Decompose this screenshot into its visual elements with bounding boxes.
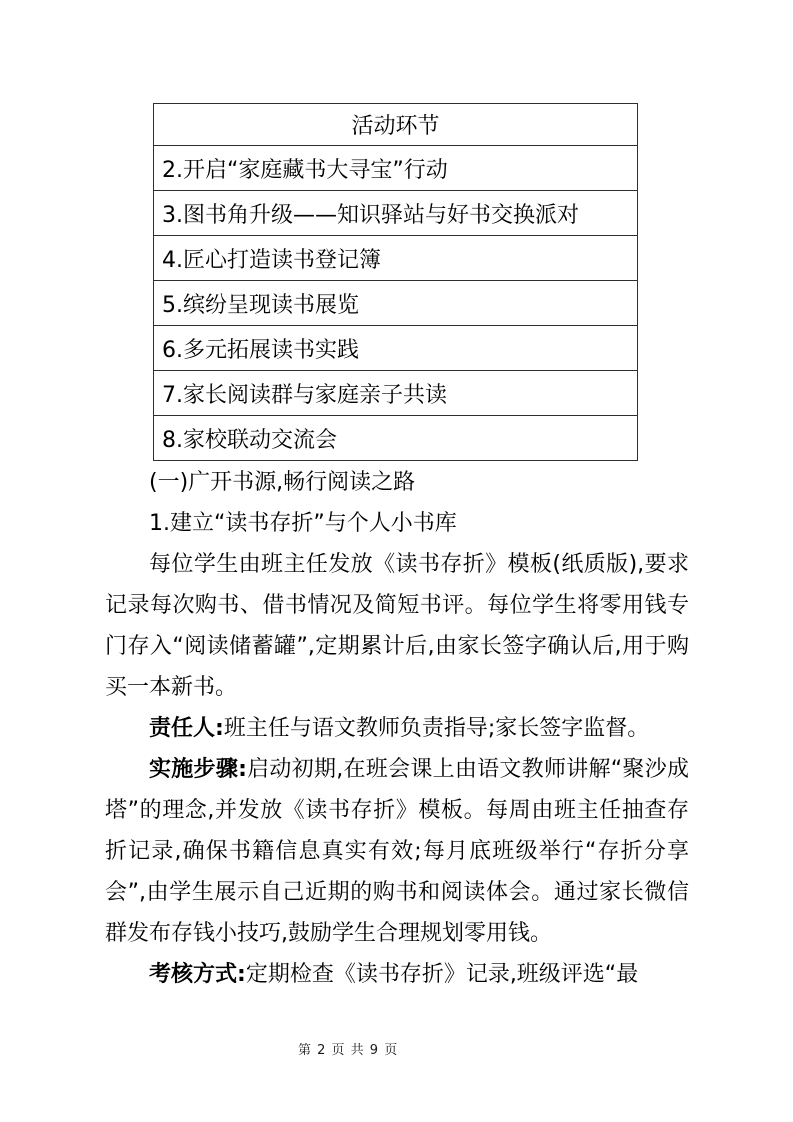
activity-table-body: 2.开启“家庭藏书大寻宝”行动3.图书角升级——知识驿站与好书交换派对4.匠心打… <box>154 146 638 461</box>
activity-table: 活动环节 2.开启“家庭藏书大寻宝”行动3.图书角升级——知识驿站与好书交换派对… <box>153 103 638 461</box>
table-row: 6.多元拓展读书实践 <box>154 326 638 371</box>
table-row: 4.匠心打造读书登记簿 <box>154 236 638 281</box>
paragraph-label: 考核方式: <box>149 962 246 987</box>
paragraph: 1.建立“读书存折”与个人小书库 <box>105 503 689 544</box>
document-body: (一)广开书源,畅行阅读之路1.建立“读书存折”与个人小书库每位学生由班主任发放… <box>105 462 689 995</box>
paragraph: 考核方式:定期检查《读书存折》记录,班级评选“最 <box>105 954 689 995</box>
activity-table-header: 活动环节 <box>154 104 638 146</box>
table-cell: 4.匠心打造读书登记簿 <box>154 236 638 281</box>
document-page: 活动环节 2.开启“家庭藏书大寻宝”行动3.图书角升级——知识驿站与好书交换派对… <box>0 0 793 1122</box>
table-row: 2.开启“家庭藏书大寻宝”行动 <box>154 146 638 191</box>
table-row: 7.家长阅读群与家庭亲子共读 <box>154 371 638 416</box>
table-cell: 7.家长阅读群与家庭亲子共读 <box>154 371 638 416</box>
table-row: 8.家校联动交流会 <box>154 416 638 461</box>
table-row: 3.图书角升级——知识驿站与好书交换派对 <box>154 191 638 236</box>
paragraph: (一)广开书源,畅行阅读之路 <box>105 462 689 503</box>
paragraph: 每位学生由班主任发放《读书存折》模板(纸质版),要求记录每次购书、借书情况及简短… <box>105 544 689 708</box>
paragraph: 责任人:班主任与语文教师负责指导;家长签字监督。 <box>105 708 689 749</box>
paragraph: 实施步骤:启动初期,在班会课上由语文教师讲解“聚沙成塔”的理念,并发放《读书存折… <box>105 749 689 954</box>
page-number: 第 2 页 共 9 页 <box>298 1039 398 1058</box>
table-cell: 2.开启“家庭藏书大寻宝”行动 <box>154 146 638 191</box>
table-cell: 3.图书角升级——知识驿站与好书交换派对 <box>154 191 638 236</box>
table-cell: 8.家校联动交流会 <box>154 416 638 461</box>
table-row: 5.缤纷呈现读书展览 <box>154 281 638 326</box>
table-cell: 5.缤纷呈现读书展览 <box>154 281 638 326</box>
activity-table-header-row: 活动环节 <box>154 104 638 146</box>
paragraph-label: 责任人: <box>149 716 224 741</box>
table-cell: 6.多元拓展读书实践 <box>154 326 638 371</box>
paragraph-label: 实施步骤: <box>149 757 247 782</box>
